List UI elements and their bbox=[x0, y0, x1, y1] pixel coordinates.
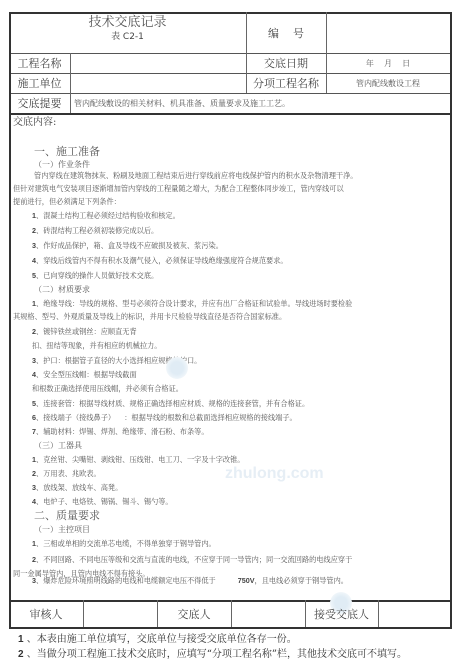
unit-field[interactable] bbox=[70, 73, 246, 93]
receiver-field[interactable] bbox=[378, 600, 450, 627]
paragraph: 管内穿线在建筑物抹灰、粉刷及地面工程结束后进行穿线前应将电线保护管内的积水及杂物… bbox=[34, 171, 357, 181]
subsection-heading: （一）作业条件 bbox=[34, 159, 90, 170]
number-label: 编 号 bbox=[246, 12, 326, 53]
sub-project-label: 分项工程名称 bbox=[246, 73, 326, 93]
list-item-continuation: 其规格、型号、外观质量及导线上的标识，并用卡尺检验导线直径是否符合国家标准。 bbox=[13, 312, 286, 322]
date-label: 交底日期 bbox=[246, 53, 326, 73]
reviewer-field[interactable] bbox=[83, 600, 157, 627]
list-item: 2、不同回路、不同电压等级和交流与直流的电线，不应穿于同一导管内；同一交流回路的… bbox=[32, 555, 352, 565]
section-heading: 二、质量要求 bbox=[34, 507, 100, 523]
discloser-field[interactable] bbox=[231, 600, 305, 627]
list-item: 1、克丝钳、尖嘴钳、剥线钳、压线钳、电工刀、一字及十字改锥。 bbox=[32, 455, 244, 465]
list-item: 7、辅助材料：焊锡、焊剂、绝缘带、滑石粉、布条等。 bbox=[32, 427, 209, 437]
list-item: 5、已向穿线的操作人员做好技术交底。 bbox=[32, 271, 158, 281]
watermark-text: zhulong.com bbox=[225, 465, 324, 483]
content-label: 交底内容: bbox=[13, 113, 56, 128]
paragraph: 提前进行，但必须满足下列条件： bbox=[13, 197, 121, 207]
list-item: 4、安全型压线帽：根据导线截面 bbox=[32, 370, 137, 380]
list-item: 1、混凝土结构工程必须经过结构验收和核定。 bbox=[32, 211, 180, 221]
sub-project-field[interactable]: 管内配线敷设工程 bbox=[326, 73, 450, 93]
unit-label: 施工单位 bbox=[9, 73, 70, 93]
list-item: 6、接线端子（接线鼻子） ：根据导线的根数和总截面选择相应规格的接线端子。 bbox=[32, 413, 297, 423]
watermark-logo-icon bbox=[166, 357, 188, 379]
list-item: 3、放线架、放线车、高凳。 bbox=[32, 483, 122, 493]
summary-field[interactable]: 管内配线敷设的相关材料、机具准备、质量要求及施工工艺。 bbox=[70, 93, 450, 113]
document-title: 技术交底记录 bbox=[9, 11, 246, 29]
subsection-heading: （二）材质要求 bbox=[34, 284, 90, 295]
number-field[interactable] bbox=[326, 12, 450, 53]
list-item: 2、万用表、兆欧表。 bbox=[32, 469, 101, 479]
form-number: 表 C2-1 bbox=[9, 28, 246, 42]
summary-label: 交底提要 bbox=[9, 93, 70, 113]
list-item: 4、穿线后线管内不得有积水及潮气侵入，必须保证导线绝缘强度符合规范要求。 bbox=[32, 256, 288, 266]
list-item: 3、作好成品保护，箱、盒及导线不应破损及被灰、浆污染。 bbox=[32, 241, 223, 251]
reviewer-label: 审核人 bbox=[9, 600, 83, 627]
list-item-continuation: 和根数正确选择使用压线帽，并必须有合格证。 bbox=[32, 384, 183, 394]
list-item-continuation: 扣、扭结等现象，并有相应的机械拉力。 bbox=[32, 341, 161, 351]
date-field[interactable]: 年 月 日 bbox=[326, 53, 450, 73]
list-item: 2、砖混结构工程必须初装修完成以后。 bbox=[32, 226, 158, 236]
list-item: 4、电炉子、电烙铁、锡锅、锡斗、锡勺等。 bbox=[32, 497, 173, 507]
list-item: 1、绝缘导线：导线的规格、型号必须符合设计要求，并应有出厂合格证和试验单。导线进… bbox=[32, 299, 352, 309]
list-item: 3、爆炸危险环境照明线路的电线和电缆额定电压不得低于750V，且电线必须穿于钢导… bbox=[32, 576, 348, 586]
discloser-label: 交底人 bbox=[157, 600, 231, 627]
list-item: 1、三相或单相的交流单芯电缆，不得单独穿于钢导管内。 bbox=[32, 539, 216, 549]
receiver-label: 接受交底人 bbox=[305, 600, 378, 627]
section-heading: 一、施工准备 bbox=[34, 143, 100, 159]
subsection-heading: （三）工器具 bbox=[34, 440, 82, 451]
paragraph: 但针对建筑电气安装项目逐渐增加管内穿线的工程量随之增大，为配合工程整体同步竣工，… bbox=[13, 184, 344, 194]
footnote: 2 、当做分项工程施工技术交底时，应填写“分项工程名称”栏，其他技术交底可不填写… bbox=[18, 645, 407, 660]
table-bottom-border bbox=[9, 627, 452, 629]
subsection-heading: （一）主控项目 bbox=[34, 524, 90, 535]
row-divider bbox=[9, 113, 452, 115]
footnote: 1 、本表由施工单位填写，交底单位与接受交底单位各存一份。 bbox=[18, 630, 297, 645]
list-item: 5、连接套管：根据导线材质、规格正确选择相应材质、规格的连接套管，并有合格证。 bbox=[32, 399, 309, 409]
project-name-field[interactable] bbox=[70, 53, 246, 73]
project-name-label: 工程名称 bbox=[9, 53, 70, 73]
list-item: 2、镀锌铁丝或钢丝：应顺直无背 bbox=[32, 327, 137, 337]
